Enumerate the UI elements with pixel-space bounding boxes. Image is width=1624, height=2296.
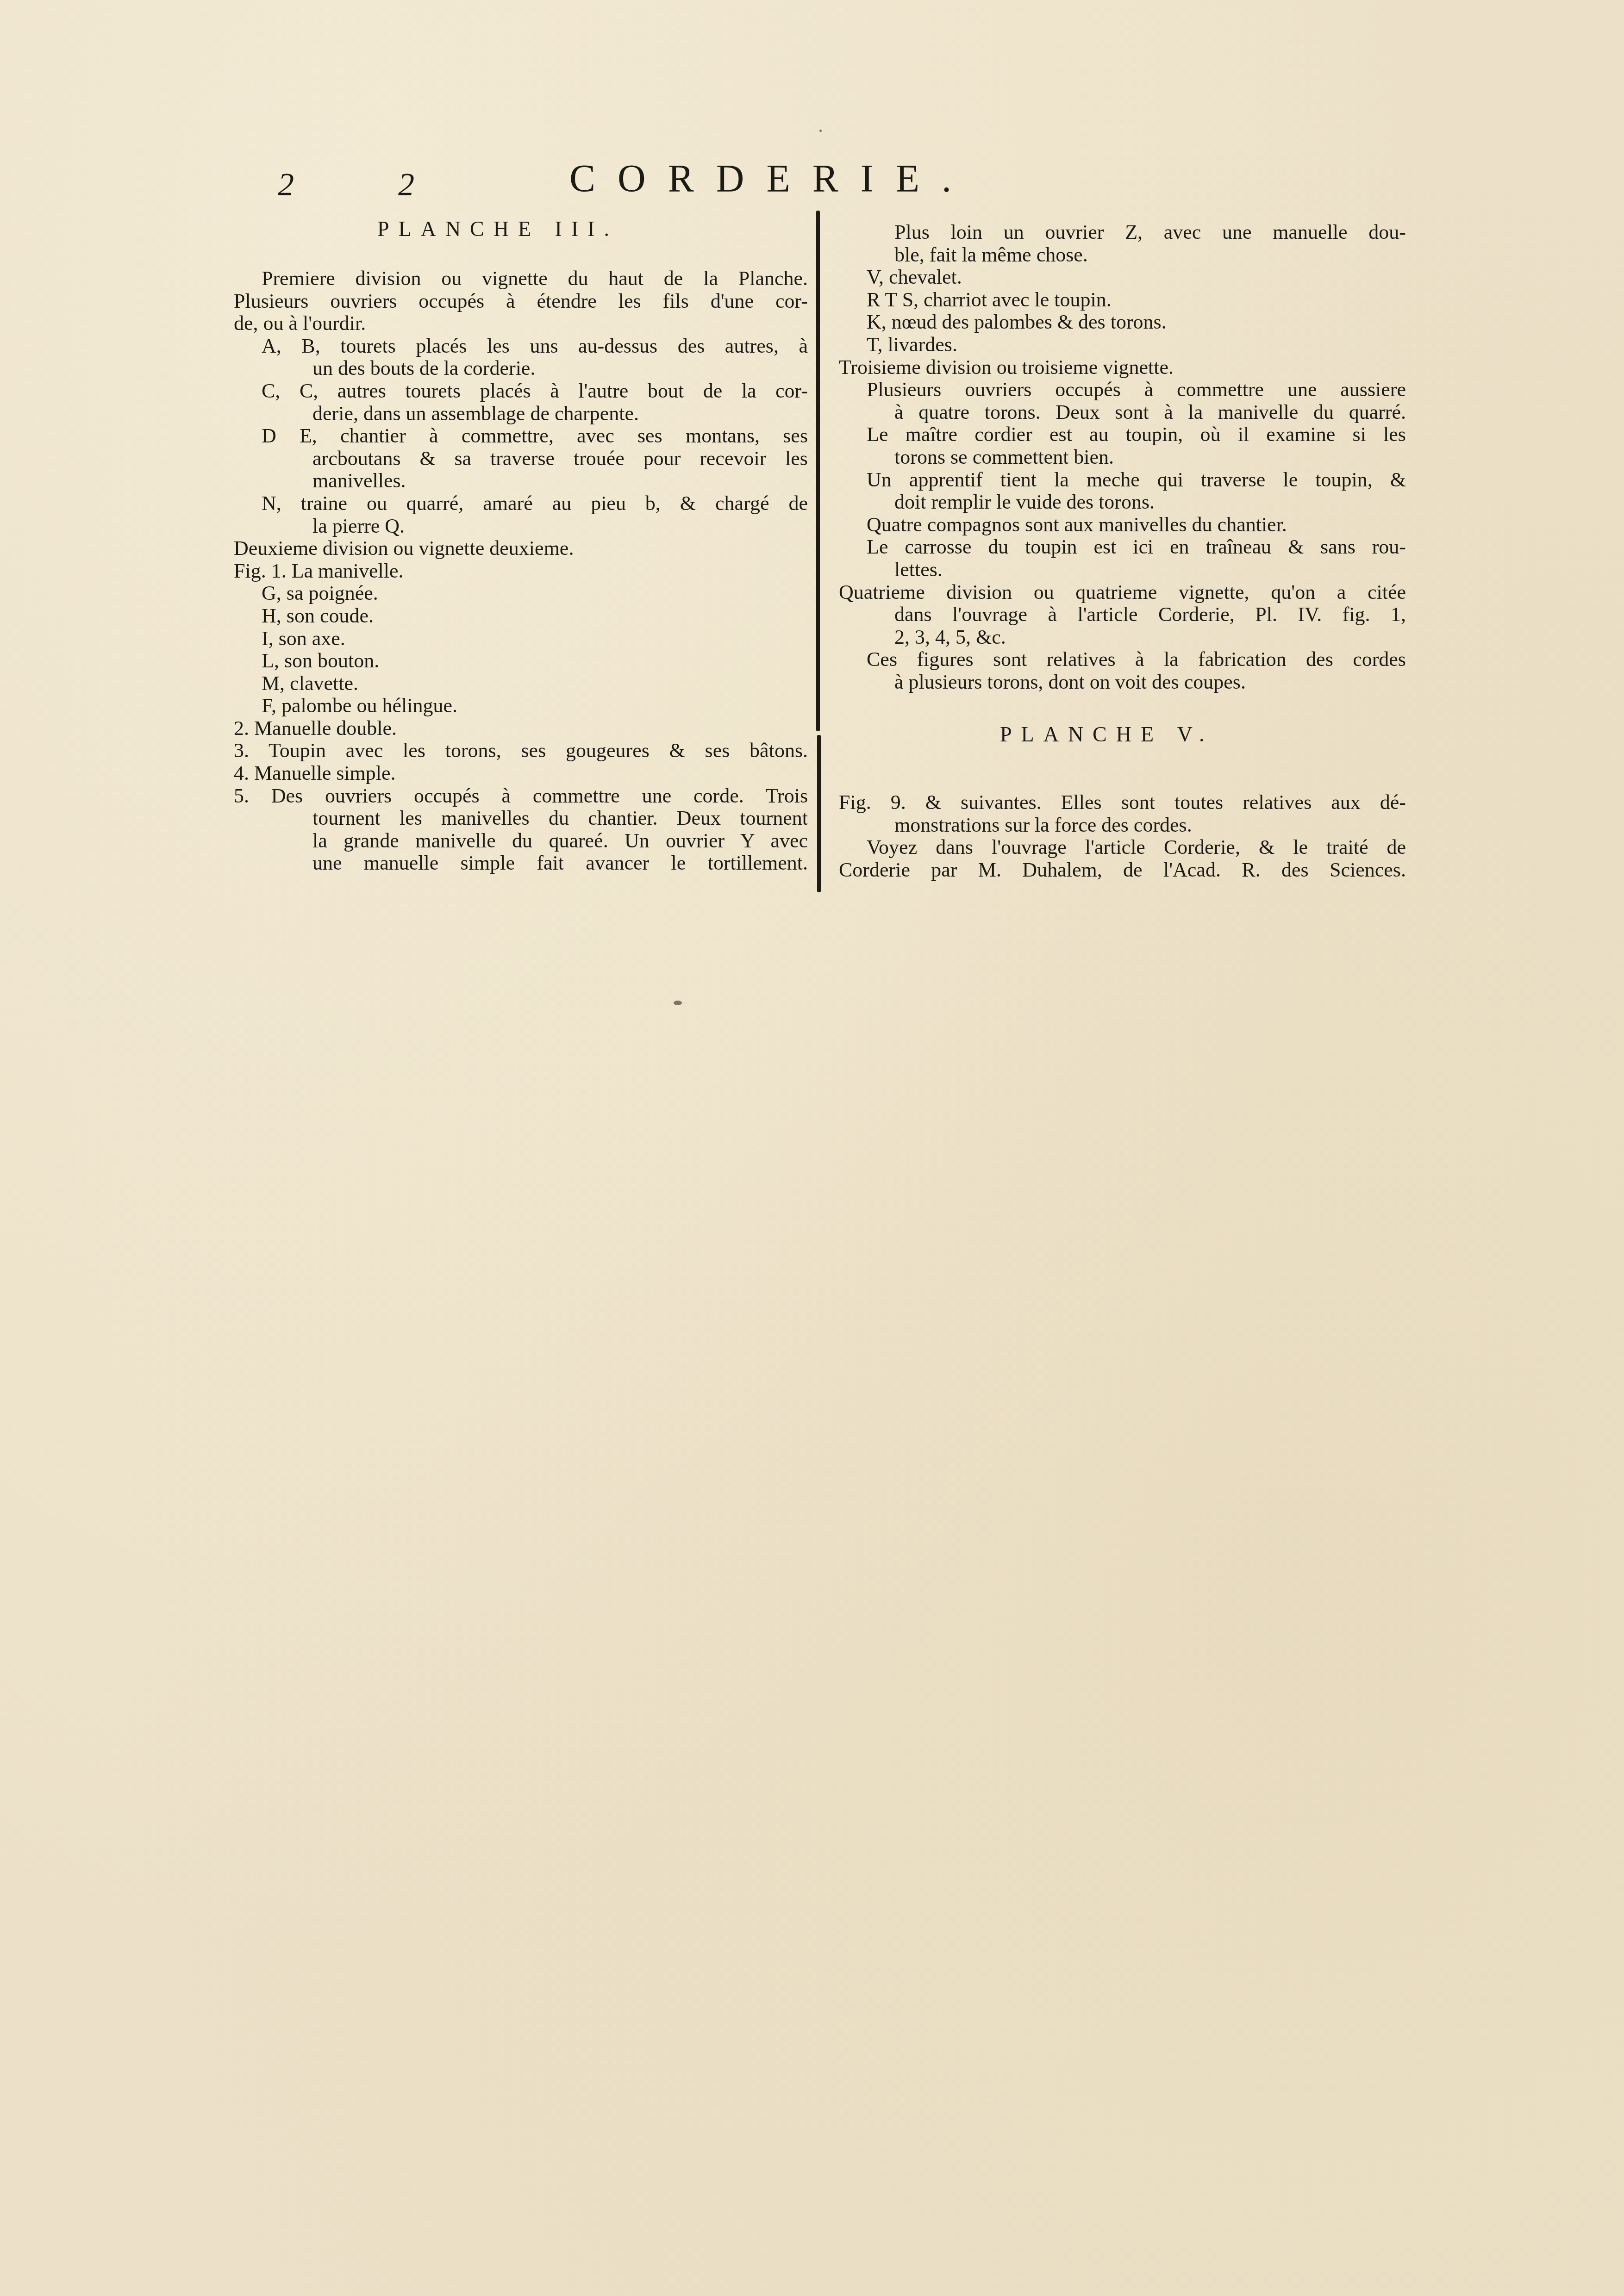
text-line: Plusieurs ouvriers occupés à commettre u… bbox=[839, 379, 1406, 401]
section-heading-planche-v: PLANCHE V. bbox=[1000, 722, 1214, 747]
text-line: G, sa poignée. bbox=[234, 582, 808, 605]
text-line: Quatrieme division ou quatrieme vignette… bbox=[839, 581, 1406, 604]
text-line: N, traine ou quarré, amaré au pieu b, & … bbox=[234, 492, 808, 515]
text-line: Troisieme division ou troisieme vignette… bbox=[839, 356, 1406, 379]
text-line: V, chevalet. bbox=[839, 266, 1406, 289]
text-line: C, C, autres tourets placés à l'autre bo… bbox=[234, 380, 808, 403]
text-line: F, palombe ou hélingue. bbox=[234, 695, 808, 717]
text-line: arcboutans & sa traverse trouée pour rec… bbox=[234, 448, 808, 470]
text-line: de, ou à l'ourdir. bbox=[234, 312, 808, 335]
page-number-right: 2 bbox=[398, 167, 414, 204]
left-column: Premiere division ou vignette du haut de… bbox=[234, 268, 808, 875]
text-line: à plusieurs torons, dont on voit des cou… bbox=[839, 671, 1406, 694]
text-line: H, son coude. bbox=[234, 605, 808, 628]
text-line: derie, dans un assemblage de charpente. bbox=[234, 403, 808, 425]
paper-speck bbox=[674, 1001, 682, 1005]
text-line: un des bouts de la corderie. bbox=[234, 357, 808, 380]
text-line: T, livardes. bbox=[839, 334, 1406, 356]
text-line: 3. Toupin avec les torons, ses gougeures… bbox=[234, 740, 808, 762]
section-heading-planche-iii: PLANCHE III. bbox=[377, 217, 618, 241]
text-line: Fig. 9. & suivantes. Elles sont toutes r… bbox=[839, 791, 1406, 814]
text-line: Plusieurs ouvriers occupés à étendre les… bbox=[234, 290, 808, 313]
text-line: la grande manivelle du quareé. Un ouvrie… bbox=[234, 830, 808, 852]
paper-speck bbox=[819, 130, 822, 132]
text-line: Le carrosse du toupin est ici en traînea… bbox=[839, 536, 1406, 559]
text-line: Corderie par M. Duhalem, de l'Acad. R. d… bbox=[839, 859, 1406, 882]
text-line: Premiere division ou vignette du haut de… bbox=[234, 268, 808, 290]
text-line: tournent les manivelles du chantier. Deu… bbox=[234, 807, 808, 830]
text-line: Un apprentif tient la meche qui traverse… bbox=[839, 469, 1406, 492]
text-line: A, B, tourets placés les uns au-dessus d… bbox=[234, 335, 808, 358]
text-line: I, son axe. bbox=[234, 628, 808, 650]
text-line: R T S, charriot avec le toupin. bbox=[839, 289, 1406, 311]
text-line: Deuxieme division ou vignette deuxieme. bbox=[234, 537, 808, 560]
text-line: Fig. 1. La manivelle. bbox=[234, 560, 808, 583]
text-line: à quatre torons. Deux sont à la manivell… bbox=[839, 401, 1406, 424]
text-line: lettes. bbox=[839, 559, 1406, 581]
text-line: K, nœud des palombes & des torons. bbox=[839, 311, 1406, 334]
text-line: torons se commettent bien. bbox=[839, 446, 1406, 469]
text-line: 4. Manuelle simple. bbox=[234, 762, 808, 785]
text-line: L, son bouton. bbox=[234, 650, 808, 672]
text-line: ble, fait la même chose. bbox=[839, 244, 1406, 267]
right-column-planche-v: Fig. 9. & suivantes. Elles sont toutes r… bbox=[839, 791, 1406, 881]
text-line: Ces figures sont relatives à la fabricat… bbox=[839, 648, 1406, 671]
column-divider-upper bbox=[816, 211, 820, 731]
column-divider-lower bbox=[817, 735, 821, 892]
text-line: 5. Des ouvriers occupés à commettre une … bbox=[234, 785, 808, 808]
text-line: Quatre compagnos sont aux manivelles du … bbox=[839, 514, 1406, 536]
text-line: 2, 3, 4, 5, &c. bbox=[839, 626, 1406, 649]
page-title: CORDERIE. bbox=[569, 156, 974, 201]
text-line: Plus loin un ouvrier Z, avec une manuell… bbox=[839, 221, 1406, 244]
text-line: doit remplir le vuide des torons. bbox=[839, 491, 1406, 514]
text-line: manivelles. bbox=[234, 470, 808, 492]
text-line: Voyez dans l'ouvrage l'article Corderie,… bbox=[839, 836, 1406, 859]
text-line: la pierre Q. bbox=[234, 515, 808, 538]
text-line: 2. Manuelle double. bbox=[234, 717, 808, 740]
page-number-left: 2 bbox=[278, 167, 294, 204]
text-line: monstrations sur la force des cordes. bbox=[839, 814, 1406, 837]
text-line: D E, chantier à commettre, avec ses mont… bbox=[234, 425, 808, 448]
text-line: Le maître cordier est au toupin, où il e… bbox=[839, 423, 1406, 446]
text-line: M, clavette. bbox=[234, 672, 808, 695]
text-line: une manuelle simple fait avancer le tort… bbox=[234, 852, 808, 875]
right-column: Plus loin un ouvrier Z, avec une manuell… bbox=[839, 221, 1406, 693]
text-line: dans l'ouvrage à l'article Corderie, Pl.… bbox=[839, 604, 1406, 626]
